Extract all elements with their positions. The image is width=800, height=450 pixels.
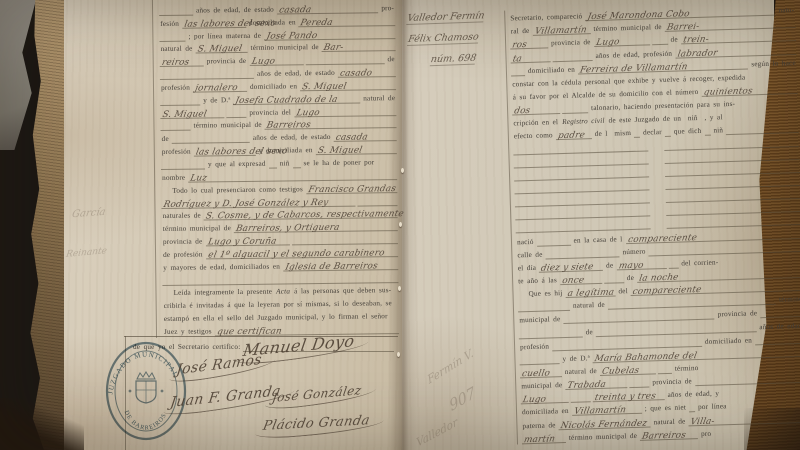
background-cloth	[0, 0, 36, 150]
printed-text: domiciliado en	[703, 336, 754, 347]
form-blank: Lugo	[593, 36, 649, 48]
handwritten-text: Barreiros	[641, 431, 687, 441]
form-blank	[357, 196, 397, 206]
stamp-dot-right	[161, 390, 164, 393]
printed-text: Registro civil	[560, 117, 607, 127]
handwritten-text: casada	[278, 6, 312, 15]
registry-book-photo: años de edad, de estadocasadapro-fesiónl…	[0, 0, 800, 450]
printed-text: del corrien-	[679, 258, 720, 268]
spacer	[651, 194, 665, 203]
printed-text: del	[616, 287, 630, 296]
form-blank	[305, 54, 384, 65]
form-blank	[665, 127, 671, 137]
form-blank	[562, 103, 588, 114]
spacer	[651, 207, 665, 216]
spacer	[650, 181, 664, 190]
printed-text: y de D.ª	[201, 96, 232, 105]
form-blank	[668, 258, 678, 268]
printed-text: provincia de	[161, 237, 205, 247]
form-blank: Trabada	[565, 378, 627, 390]
printed-text: y de D.ª	[560, 354, 592, 364]
form-blank: a legítima	[565, 287, 615, 298]
handwritten-text: casado	[339, 69, 373, 78]
printed-text: de	[385, 55, 396, 64]
printed-text: según lo hace	[749, 59, 798, 69]
spacer	[651, 220, 665, 229]
form-blank: Villamartín	[532, 24, 590, 36]
margin-note: Félix Chamoso	[407, 31, 480, 46]
printed-text: provincia del	[247, 108, 293, 118]
form-blank: Iglesia de Barreiros	[283, 260, 398, 271]
handwritten-text: Villa-	[690, 417, 716, 427]
form-blank: Barreiros	[265, 119, 397, 131]
handwritten-text: Bar-	[323, 44, 344, 53]
form-blank: Lugo	[294, 106, 396, 117]
printed-text: Todo lo cual presenciaron como testigos	[170, 185, 305, 196]
form-blank: ta	[510, 52, 550, 63]
printed-text: niñ	[278, 159, 292, 168]
handwritten-text: once	[561, 276, 585, 286]
form-blank	[160, 69, 254, 80]
handwritten-text: Josefa Cuadrado de la	[235, 96, 339, 106]
handwritten-text: diez y siete	[540, 263, 594, 274]
margin-note: núm. 698	[430, 53, 478, 67]
handwritten-text: Lugo	[295, 109, 320, 118]
handwritten-text: la noche	[638, 274, 679, 284]
page-edges-left	[24, 0, 64, 450]
form-blank	[160, 121, 190, 131]
form-blank: dos	[512, 104, 560, 115]
spacer	[516, 290, 526, 299]
form-blank: reiros	[160, 57, 204, 68]
printed-text: municipal de	[517, 315, 562, 325]
form-blank	[511, 66, 525, 76]
handwritten-text: Iglesia de Barreiros	[284, 262, 378, 272]
handwritten-text: cuello	[521, 369, 551, 379]
printed-text: domiciliado en	[526, 65, 577, 76]
form-blank: Villamartín	[572, 404, 642, 416]
form-blank: casada	[277, 3, 378, 14]
handwritten-text: Lugo	[250, 58, 275, 67]
printed-text: natural de	[361, 94, 397, 103]
form-blank: S. Cosme, y de Cabarcos, respectivamente	[204, 208, 398, 220]
printed-text: término	[673, 364, 701, 374]
printed-text: de	[604, 261, 615, 270]
handwritten-text: casada	[335, 134, 369, 143]
stamp-bottom-text: DE BARREIROS	[123, 409, 168, 431]
handwritten-text: Lugo	[522, 396, 547, 406]
printed-text: años de edad, de estado	[194, 5, 276, 15]
handwritten-text: mayo	[618, 261, 644, 271]
printed-text: domiciliado en	[248, 82, 299, 92]
form-blank: Nicolás Fernández	[558, 417, 650, 430]
printed-text: de	[625, 274, 636, 283]
spacer	[650, 168, 664, 177]
printed-text: calle de	[515, 250, 544, 260]
printed-text: profesión	[160, 148, 193, 157]
printed-text: años de edad, y	[665, 390, 721, 401]
form-blank: las labores del sexo	[194, 146, 256, 157]
handwritten-text: reiros	[161, 59, 190, 68]
form-blank	[519, 327, 583, 339]
handwritten-text: quinientos	[703, 87, 753, 98]
form-blank: Barreiros	[640, 429, 698, 441]
municipal-stamp: JUZGADO MUNICIPAL DE BARREIROS	[100, 338, 192, 444]
spacer	[649, 142, 663, 151]
form-blank	[269, 159, 277, 169]
handwritten-text: S. Miguel	[317, 147, 363, 157]
handwritten-text: martín	[523, 435, 556, 445]
handwritten-text: Rodríguez y D. José González y Rey	[163, 198, 329, 209]
form-blank: S. Miguel	[195, 43, 247, 54]
stamp-crown-icon	[137, 372, 155, 379]
form-blank: S. Miguel	[300, 80, 396, 91]
printed-text: municipal de	[519, 381, 564, 391]
printed-text: años de edad,	[757, 321, 800, 331]
stitch-dot	[397, 352, 400, 357]
handwritten-text: S. Miguel	[301, 83, 347, 93]
form-blank	[226, 108, 246, 118]
handwritten-text: Barrei-	[666, 23, 700, 33]
printed-text: efecto como	[512, 132, 555, 142]
form-blank	[291, 234, 398, 245]
form-blank: treinta y tres	[592, 390, 664, 402]
printed-text: á las personas que deben sus-	[292, 287, 393, 297]
form-blank	[159, 5, 193, 15]
form-blank: once	[560, 274, 602, 285]
printed-text: naturales de	[161, 212, 203, 222]
form-blank: martín	[522, 433, 566, 444]
printed-text: profesión	[518, 342, 551, 352]
printed-text: nombre	[160, 173, 187, 182]
printed-text: pro-	[379, 4, 396, 13]
printed-text: y que al expresad	[206, 160, 268, 170]
form-blank	[552, 51, 592, 62]
spacer	[161, 289, 171, 298]
printed-text: por línea	[696, 403, 729, 413]
form-blank	[172, 133, 250, 144]
stitch-dot	[401, 168, 404, 173]
spacer	[649, 155, 663, 164]
margin-note: Valledor Fermín	[406, 10, 485, 25]
handwritten-text: Pereda	[300, 19, 334, 28]
form-blank: Cubelas	[600, 364, 656, 376]
printed-text: natural de	[563, 367, 599, 377]
printed-text: fesión	[158, 19, 181, 28]
spacer	[160, 187, 170, 196]
form-blank	[161, 159, 205, 170]
handwritten-text: jornalero	[194, 84, 238, 94]
form-blank	[689, 403, 695, 413]
form-blank	[159, 31, 185, 41]
left-page-section-rule-horizontal	[124, 336, 398, 337]
printed-text: que dich	[672, 127, 704, 137]
form-blank: las labores del sexo	[182, 18, 246, 29]
handwritten-text: Trabada	[567, 381, 607, 391]
printed-text: de profesión	[161, 250, 205, 260]
left-page-form-text: años de edad, de estadocasadapro-fesiónl…	[158, 0, 400, 337]
right-page-form-text: Secretario, comparecióJosé Marondona Cob…	[504, 2, 800, 444]
form-blank	[160, 95, 200, 105]
handwritten-text: ta	[512, 55, 523, 64]
shadow-corner-bottom-left	[0, 398, 84, 450]
form-blank	[519, 354, 559, 365]
printed-text: natu-	[776, 6, 796, 16]
printed-text: provincia de	[716, 310, 760, 320]
printed-text: paterna de	[520, 421, 557, 431]
handwritten-text: padre	[557, 132, 586, 142]
form-blank	[704, 126, 710, 136]
handwritten-text: a legítima	[567, 289, 615, 299]
printed-text: de	[160, 135, 171, 144]
printed-text: nació	[515, 237, 536, 247]
form-blank: padre	[556, 130, 592, 141]
handwritten-text: Nicolás Fernández	[560, 419, 648, 431]
printed-text: término municipal de	[191, 121, 263, 131]
printed-text: de	[668, 36, 679, 45]
printed-text: se le ha de poner por	[301, 158, 376, 168]
form-blank: mayo	[616, 259, 666, 270]
printed-text: domiciliada en	[520, 407, 571, 418]
printed-text: años de edad, de estado	[251, 133, 333, 143]
form-blank: jornalero	[193, 82, 247, 93]
form-blank	[604, 273, 624, 284]
handwritten-text: Lugo	[595, 39, 620, 49]
form-blank: ros	[510, 39, 548, 50]
form-blank	[518, 301, 570, 313]
printed-text: el día	[516, 264, 539, 274]
form-blank: casada	[334, 131, 397, 142]
printed-text: cripción en el	[511, 118, 560, 128]
handwritten-text: Luz	[189, 174, 208, 183]
form-blank	[629, 378, 649, 389]
printed-text: Que es hij	[526, 289, 564, 299]
handwritten-text: dos	[513, 107, 531, 117]
form-blank: Josefa Cuadrado de la	[233, 93, 360, 105]
handwritten-text: S. Miguel	[197, 45, 243, 55]
handwritten-text: Cubelas	[601, 367, 640, 377]
printed-text: declar	[641, 128, 664, 138]
printed-text: natural de	[651, 417, 687, 427]
printed-text: natural de	[159, 45, 195, 54]
printed-text: provincia de	[650, 377, 694, 387]
form-blank: casado	[338, 67, 396, 78]
printed-text: Leída íntegramente la presente	[171, 288, 274, 298]
form-blank: diez y siete	[539, 261, 603, 273]
form-blank: Pereda	[299, 16, 396, 27]
form-blank: cuello	[520, 367, 562, 378]
printed-text: pro	[699, 429, 713, 438]
handwritten-text: compareciente	[627, 234, 697, 245]
form-blank: el 1º alguacil y el segundo carabinero	[206, 247, 399, 259]
printed-text: niñ	[711, 127, 725, 136]
form-blank: José Pando	[264, 29, 395, 41]
form-blank	[634, 128, 640, 138]
handwritten-text: Francisco Grandas	[307, 185, 396, 195]
printed-text: provincia de	[549, 38, 593, 48]
printed-text: provincia de	[205, 57, 249, 67]
form-blank	[292, 158, 300, 168]
printed-text: años de edad, de estado	[255, 69, 337, 79]
printed-text: número	[620, 247, 647, 257]
printed-text: término	[777, 295, 800, 305]
form-blank: Lugo	[249, 55, 303, 66]
handwritten-text: las labores del sexo	[183, 19, 276, 29]
handwritten-text: Barreiros	[266, 122, 312, 132]
printed-text: y mayores de edad, domiciliados en	[161, 262, 282, 272]
form-blank: Barreiros, y Ortiguera	[234, 221, 398, 233]
form-blank: Lugo	[521, 393, 569, 404]
stitch-dot	[399, 222, 402, 227]
printed-text: natural de	[571, 301, 607, 311]
printed-text: término municipal de	[161, 224, 233, 234]
form-blank: Francisco Grandas	[306, 183, 397, 194]
printed-text: de l mism	[593, 129, 634, 139]
printed-text: ; por línea materna de	[186, 31, 263, 41]
handwritten-text: labrador	[676, 49, 718, 59]
handwritten-text: Lugo y Coruña	[207, 238, 277, 248]
form-blank	[651, 35, 667, 45]
form-blank: S. Miguel	[160, 108, 224, 119]
printed-text: ; que es niet	[643, 404, 689, 414]
form-blank	[755, 334, 800, 345]
printed-text: ral de	[509, 27, 532, 37]
printed-text: te año á las	[516, 276, 559, 286]
stamp-dot-left	[129, 390, 132, 393]
form-blank: Lugo y Coruña	[205, 235, 289, 246]
form-blank: S. Miguel	[316, 144, 397, 155]
form-blank	[536, 235, 570, 246]
handwritten-text: Barreiros, y Ortiguera	[235, 224, 340, 234]
printed-text: profesión	[159, 83, 192, 92]
handwritten-text: trein-	[682, 36, 709, 46]
form-blank: Bar-	[322, 41, 396, 52]
handwritten-text: José Pando	[265, 32, 318, 42]
printed-text: de	[584, 328, 595, 337]
printed-text: Acta	[274, 288, 292, 297]
printed-text: en la casa de l	[571, 235, 624, 246]
handwritten-text: ros	[511, 41, 527, 50]
form-blank	[571, 392, 591, 403]
form-blank: Rodríguez y D. José González y Rey	[161, 196, 355, 208]
form-blank	[658, 364, 672, 374]
handwritten-text: las labores del sexo	[195, 148, 288, 158]
handwritten-text: S. Miguel	[161, 110, 207, 120]
form-blank	[760, 307, 800, 318]
printed-text: término municipal de	[248, 43, 320, 53]
